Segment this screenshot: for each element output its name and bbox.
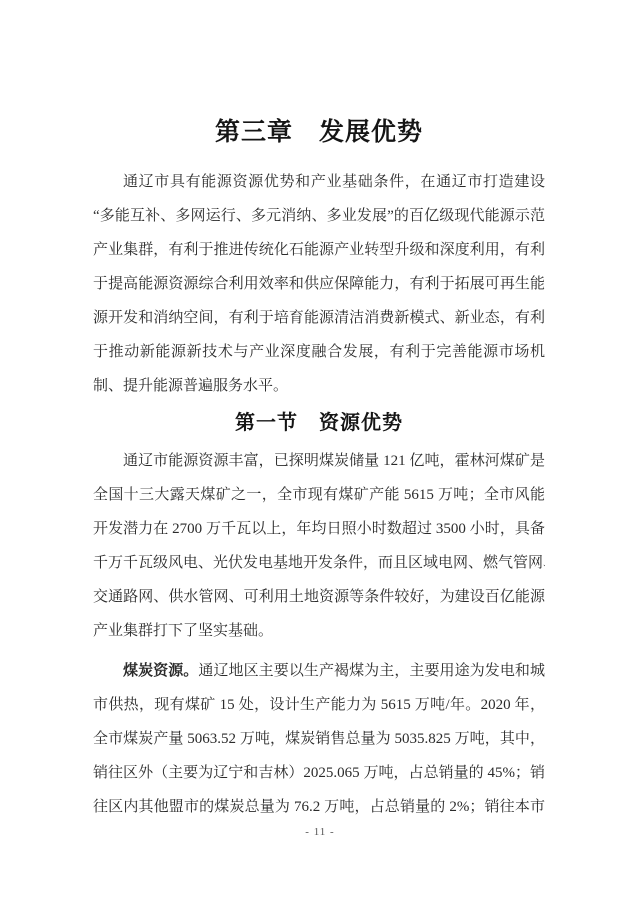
text-run: 全国十三大露天煤矿之一，全市现有煤矿产能 5615 万吨；全市风能 [93,487,545,503]
text-line: 交通路网、供水管网、可利用土地资源等条件较好，为建设百亿能源 [93,580,545,614]
chapter-title: 第三章 发展优势 [93,112,545,154]
text-run: 通辽地区主要以生产褐煤为主，主要用途为发电和城 [198,663,545,679]
page-content: 第三章 发展优势 通辽市具有能源资源优势和产业基础条件，在通辽市打造建设“多能互… [93,0,545,824]
text-line: 全市煤炭产量 5063.52 万吨，煤炭销售总量为 5035.825 万吨，其中… [93,722,545,756]
text-line: 往区内其他盟市的煤炭总量为 76.2 万吨，占总销量的 2%；销往本市 [93,790,545,824]
paragraph-chapter-intro: 通辽市具有能源资源优势和产业基础条件，在通辽市打造建设“多能互补、多网运行、多元… [93,165,545,403]
text-run: 交通路网、供水管网、可利用土地资源等条件较好，为建设百亿能源 [93,589,545,605]
text-line: 煤炭资源。通辽地区主要以生产褐煤为主，主要用途为发电和城 [93,654,545,688]
section-paragraphs: 通辽市能源资源丰富，已探明煤炭储量 121 亿吨，霍林河煤矿是全国十三大露天煤矿… [93,444,545,824]
text-run: 全市煤炭产量 5063.52 万吨，煤炭销售总量为 5035.825 万吨，其中… [93,731,545,747]
text-run: 于提高能源资源综合利用效率和供应保障能力，有利于拓展可再生能 [93,276,545,292]
text-line: 制、提升能源普遍服务水平。 [93,369,545,403]
text-line: 市供热，现有煤矿 15 处，设计生产能力为 5615 万吨/年。2020 年， [93,688,545,722]
text-line: “多能互补、多网运行、多元消纳、多业发展”的百亿级现代能源示范 [93,199,545,233]
text-run: 销往区外（主要为辽宁和吉林）2025.065 万吨，占总销量的 45%；销 [93,765,545,781]
text-run: 于推动新能源新技术与产业深度融合发展，有利于完善能源市场机 [93,344,545,360]
text-run: 开发潜力在 2700 万千瓦以上，年均日照小时数超过 3500 小时，具备 [93,521,545,537]
text-line: 于推动新能源新技术与产业深度融合发展，有利于完善能源市场机 [93,335,545,369]
text-run: 源开发和消纳空间，有利于培育能源清洁消费新模式、新业态，有利 [93,310,545,326]
text-run: 通辽市具有能源资源优势和产业基础条件，在通辽市打造建设 [123,174,545,190]
text-line: 全国十三大露天煤矿之一，全市现有煤矿产能 5615 万吨；全市风能 [93,478,545,512]
intro-paragraphs: 通辽市具有能源资源优势和产业基础条件，在通辽市打造建设“多能互补、多网运行、多元… [93,165,545,403]
text-line: 通辽市能源资源丰富，已探明煤炭储量 121 亿吨，霍林河煤矿是 [93,444,545,478]
text-line: 产业集群，有利于推进传统化石能源产业转型升级和深度利用，有利 [93,233,545,267]
section-title: 第一节 资源优势 [93,403,545,443]
text-run: 制、提升能源普遍服务水平。 [93,378,288,394]
text-run: 千万千瓦级风电、光伏发电基地开发条件，而且区域电网、燃气管网、 [93,555,545,571]
text-run: “多能互补、多网运行、多元消纳、多业发展”的百亿级现代能源示范 [93,208,545,224]
document-page: 第三章 发展优势 通辽市具有能源资源优势和产业基础条件，在通辽市打造建设“多能互… [0,0,640,905]
text-line: 开发潜力在 2700 万千瓦以上，年均日照小时数超过 3500 小时，具备 [93,512,545,546]
text-line: 于提高能源资源综合利用效率和供应保障能力，有利于拓展可再生能 [93,267,545,301]
text-run: 往区内其他盟市的煤炭总量为 76.2 万吨，占总销量的 2%；销往本市 [93,799,545,815]
page-number: - 11 - [0,823,640,841]
paragraph-resource-overview: 通辽市能源资源丰富，已探明煤炭储量 121 亿吨，霍林河煤矿是全国十三大露天煤矿… [93,444,545,648]
text-line: 产业集群打下了坚实基础。 [93,614,545,648]
text-line: 销往区外（主要为辽宁和吉林）2025.065 万吨，占总销量的 45%；销 [93,756,545,790]
text-run: 产业集群打下了坚实基础。 [93,623,273,639]
text-run: 产业集群，有利于推进传统化石能源产业转型升级和深度利用，有利 [93,242,545,258]
text-line: 千万千瓦级风电、光伏发电基地开发条件，而且区域电网、燃气管网、 [93,546,545,580]
text-line: 通辽市具有能源资源优势和产业基础条件，在通辽市打造建设 [93,165,545,199]
text-line: 源开发和消纳空间，有利于培育能源清洁消费新模式、新业态，有利 [93,301,545,335]
paragraph-coal-resources: 煤炭资源。通辽地区主要以生产褐煤为主，主要用途为发电和城市供热，现有煤矿 15 … [93,654,545,824]
text-run: 通辽市能源资源丰富，已探明煤炭储量 121 亿吨，霍林河煤矿是 [123,453,545,469]
bold-run: 煤炭资源。 [123,663,198,679]
text-run: 市供热，现有煤矿 15 处，设计生产能力为 5615 万吨/年。2020 年， [93,697,545,713]
